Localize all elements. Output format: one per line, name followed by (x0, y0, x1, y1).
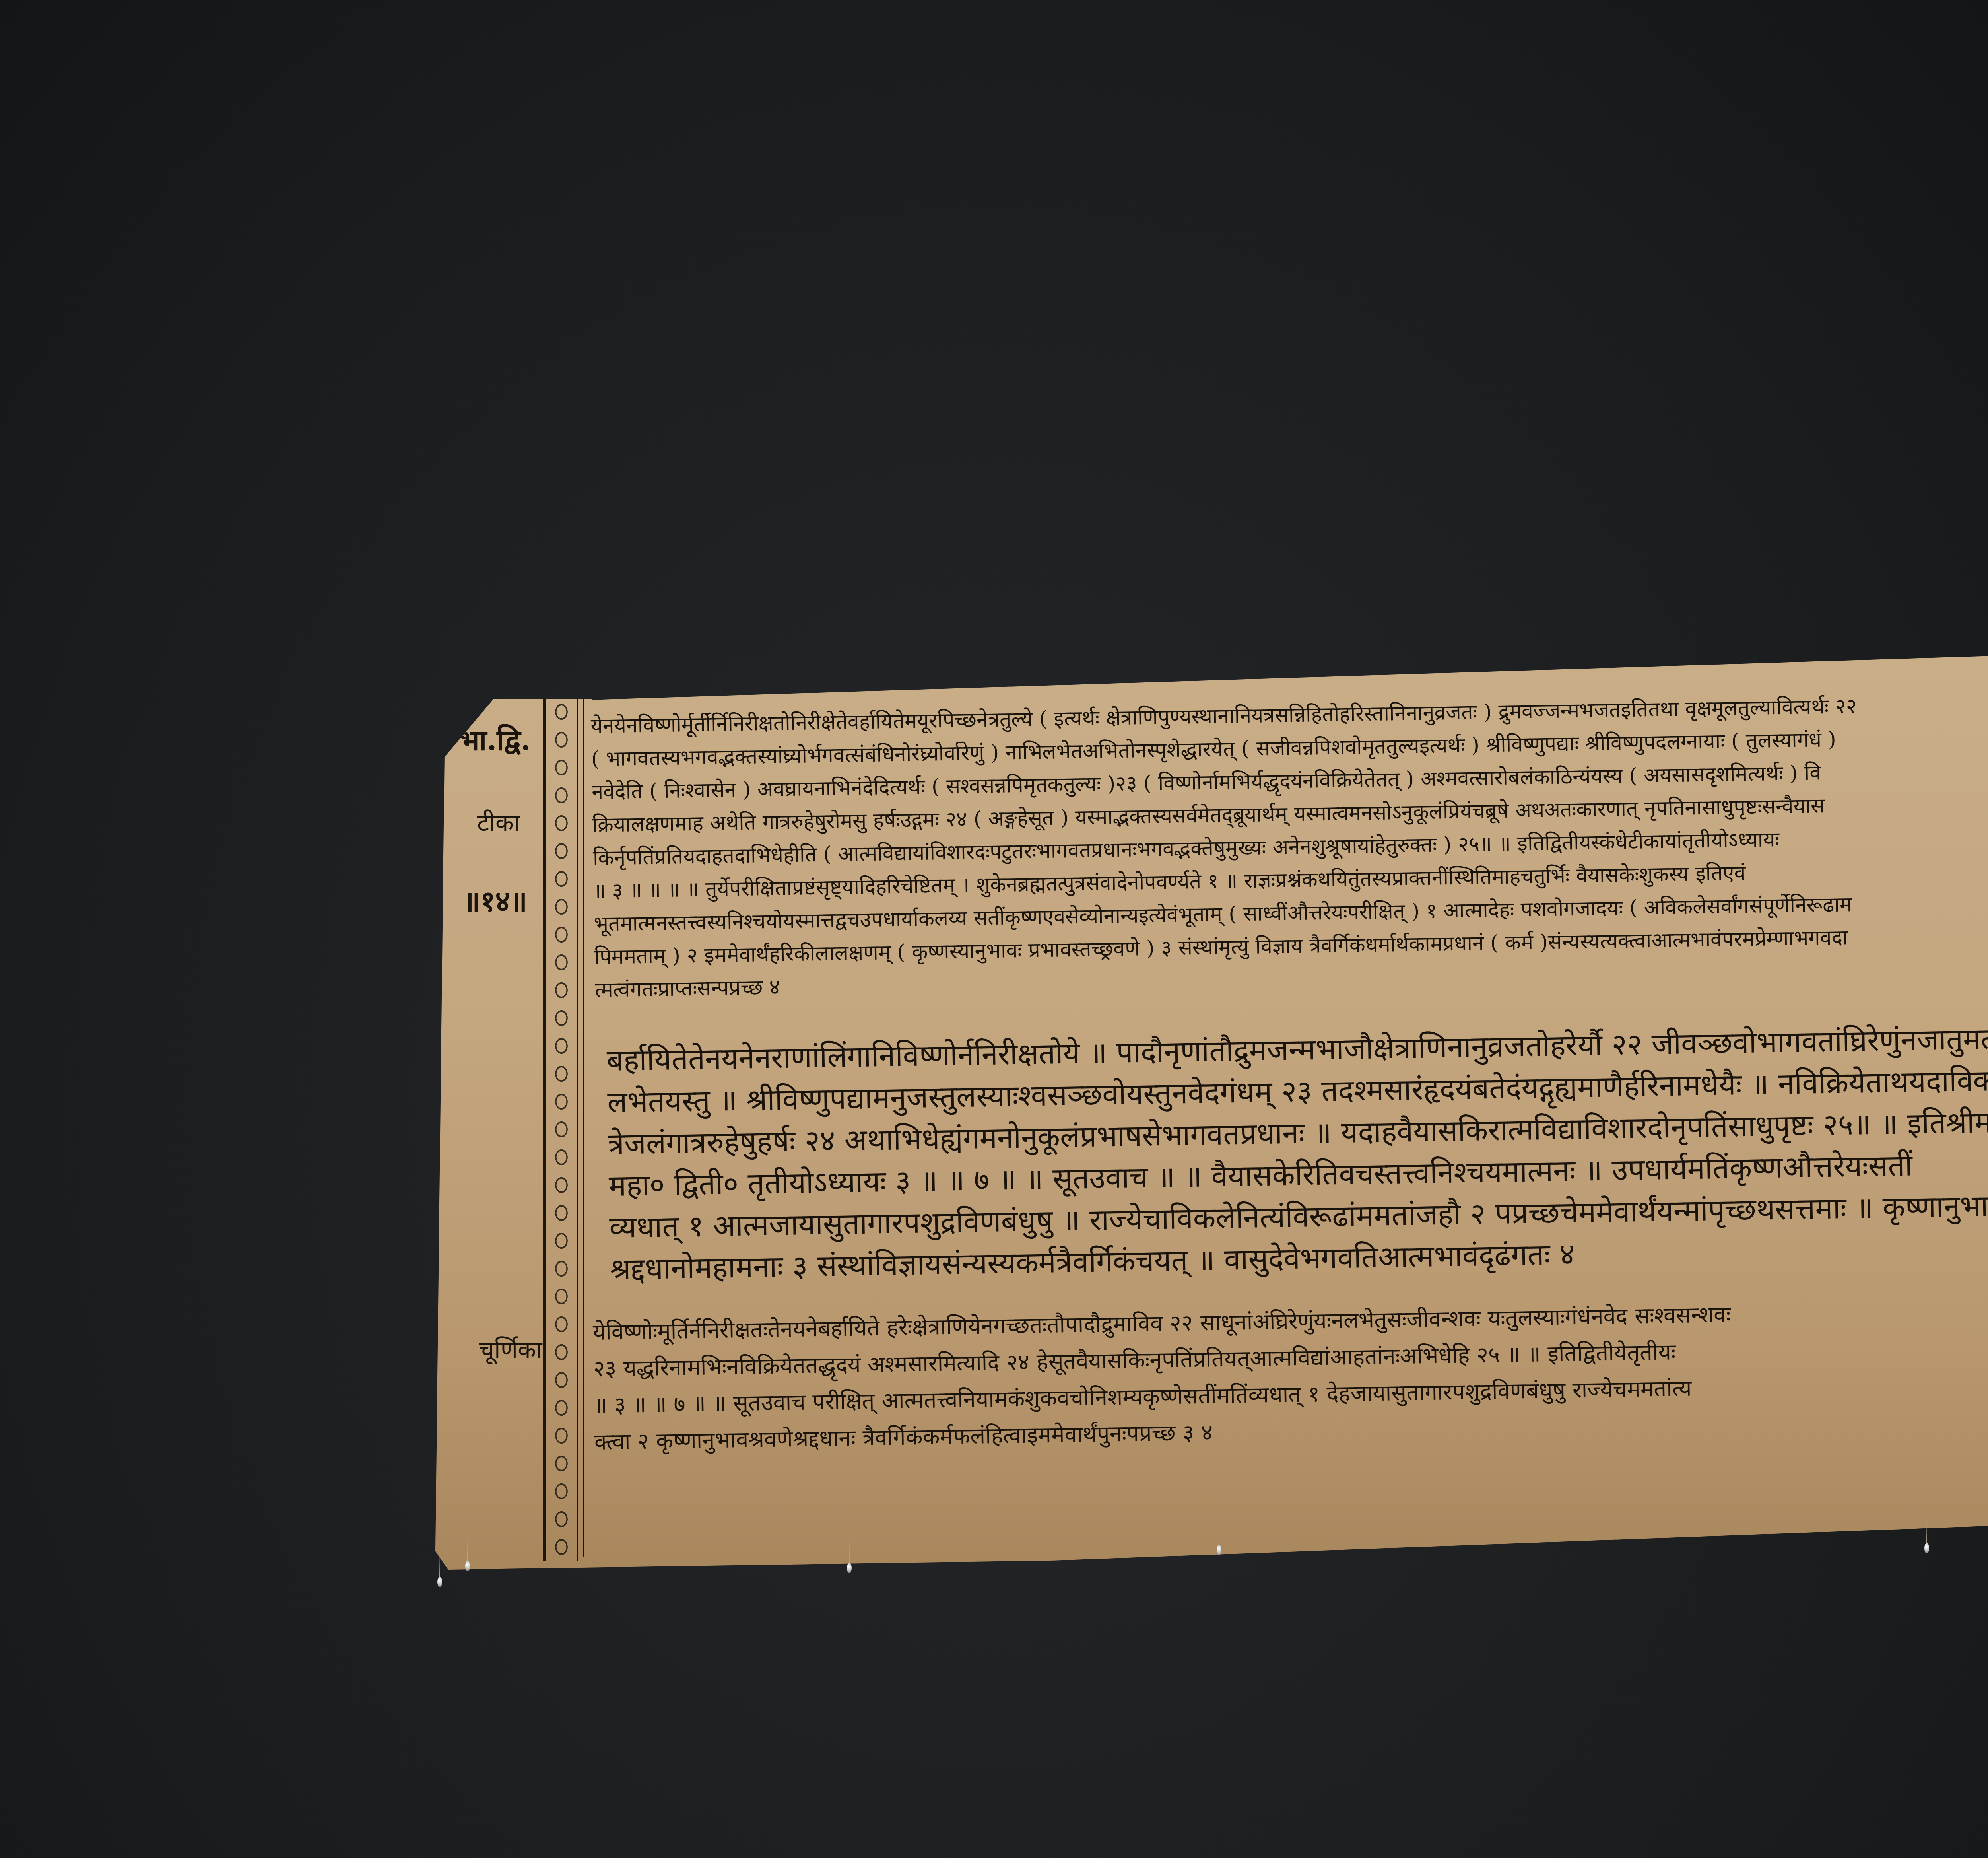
left-vine-ornament (550, 698, 573, 1561)
tika-commentary-block: येनयेनविष्णोर्मूर्तीर्निनिरीक्षतोनिरीक्ष… (590, 687, 1988, 1007)
left-margin-title-abbrev: भा.द्वि. (459, 720, 530, 759)
mounting-pin (847, 1563, 852, 1573)
manuscript-folio: भा.द्वि. टीका ॥१४॥ चूर्णिका अ० ॥४॥ श्लोक… (435, 646, 1988, 1570)
left-border-text-rule (583, 698, 584, 1557)
left-margin-churnika-label: चूर्णिका (479, 1332, 542, 1365)
churnika-commentary-block: येविष्णोःमूर्तिर्ननिरीक्षतःतेनयनेबर्हायि… (592, 1292, 1988, 1461)
mula-verses-block: बर्हायितेतेनयनेनराणांलिंगानिविष्णोर्ननिर… (606, 1017, 1988, 1290)
mounting-pin (1217, 1545, 1221, 1555)
mounting-pin (437, 1577, 442, 1587)
left-border-inner-rule (577, 698, 578, 1561)
mounting-pin (465, 1561, 470, 1571)
mounting-pin (1924, 1543, 1929, 1553)
left-border-outer-rule (543, 698, 546, 1561)
left-margin-tika-label: टीका (477, 805, 520, 838)
left-margin-folio-number: ॥१४॥ (463, 881, 527, 920)
